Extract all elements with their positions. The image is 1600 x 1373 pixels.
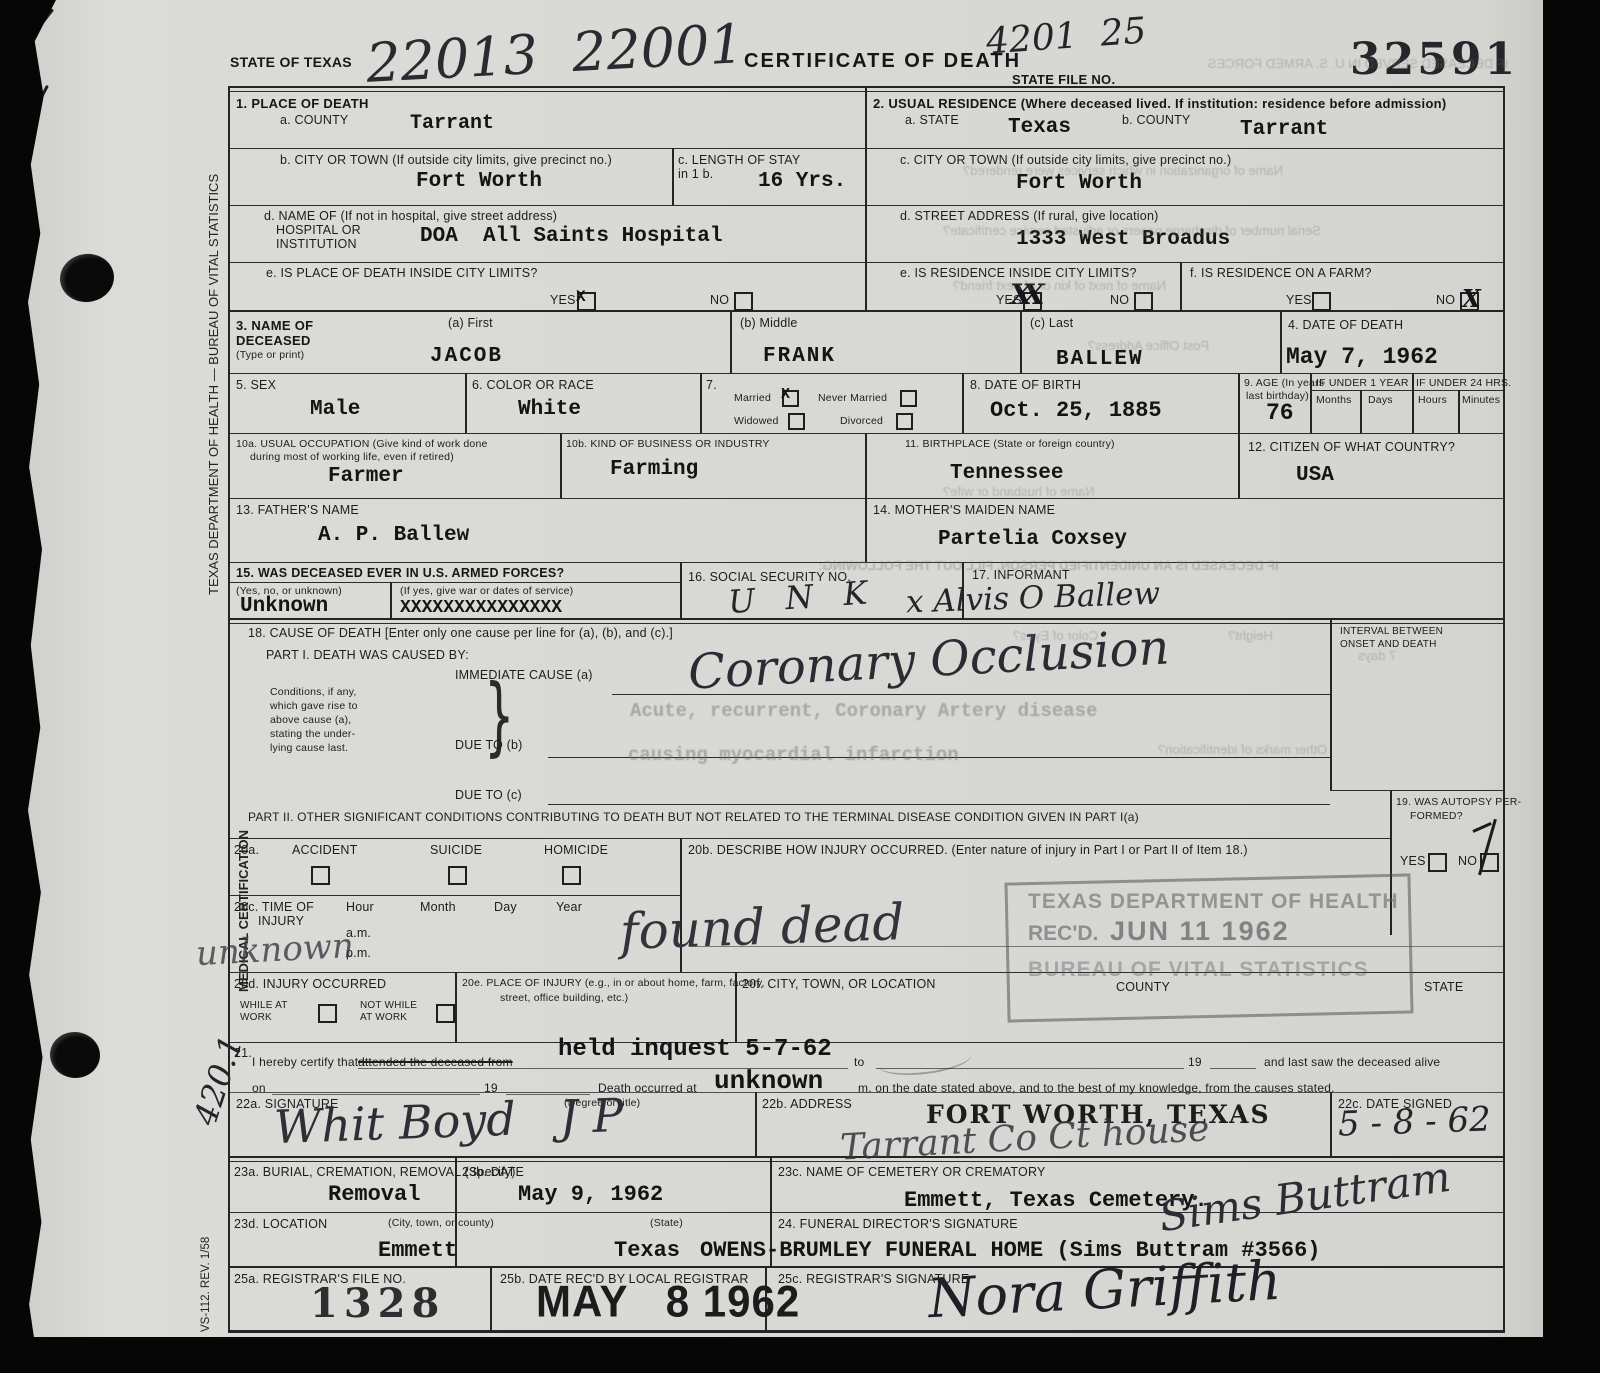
form-line [228,1330,1505,1333]
divorced-label: Divorced [840,415,883,427]
county-label: a. COUNTY [280,113,348,127]
length-of-stay-label2: in 1 b. [678,167,713,181]
if-under-1-year-label: IF UNDER 1 YEAR [1316,377,1409,389]
residence-farm-label: f. IS RESIDENCE ON A FARM? [1190,266,1372,280]
form-line [865,205,1505,206]
checkbox-x-mark: X [781,386,790,403]
form-line [228,582,680,583]
accident-checkbox [311,866,330,885]
received-stamp-date: JUN 11 1962 [1110,916,1290,947]
conditions-note-1: Conditions, if any, [270,686,356,698]
citizen-label: 12. CITIZEN OF WHAT COUNTRY? [1248,440,1455,454]
causes-stated-text: m. on the date stated above, and to the … [858,1081,1335,1095]
checkbox-x-mark: X [576,288,586,306]
form-line [1238,433,1240,498]
funeral-director-label: 24. FUNERAL DIRECTOR'S SIGNATURE [778,1217,1018,1231]
part2-label: PART II. OTHER SIGNIFICANT CONDITIONS CO… [248,810,1139,824]
conditions-note-4: stating the under- [270,728,355,740]
form-line [228,262,865,263]
bleedthrough-fragment: Post Office Address? [1088,338,1209,353]
date-of-birth-value: Oct. 25, 1885 [990,398,1162,423]
homicide-label: HOMICIDE [544,843,608,857]
item-20a-label: 20a. [234,843,259,857]
no-label: NO [1436,293,1455,307]
sex-label: 5. SEX [236,378,276,392]
last-saw-alive-text: and last saw the deceased alive [1264,1055,1440,1069]
injury-occurred-label: 20d. INJURY OCCURRED [234,977,386,991]
time-of-injury-label1: 20c. TIME OF [234,900,314,914]
widowed-label: Widowed [734,415,779,427]
bleedthrough-fragment: IF DECEASED SERVED IN U. S. ARMED FORCES [1208,56,1508,71]
certify-text-1: I hereby certify that I [252,1055,365,1069]
form-line [228,205,865,206]
month-label: Month [420,900,456,914]
form-line [228,148,865,149]
form-line [228,373,1505,374]
middle-name-label: (b) Middle [740,316,798,330]
unknown-typed: unknown [714,1066,823,1096]
location-sub-label: (City, town, or county) [388,1217,494,1229]
bleedthrough-fragment: 7 days [1358,648,1396,663]
day-label: Day [494,900,517,914]
father-name-value: A. P. Ballew [318,524,469,547]
form-line [1458,390,1460,433]
place-of-injury-label: 20e. PLACE OF INJURY (e.g., in or about … [462,977,765,989]
hospital-label: d. NAME OF (If not in hospital, give str… [264,209,557,223]
usual-residence-title: 2. USUAL RESIDENCE (Where deceased lived… [873,96,1447,111]
autopsy-yes-checkbox [1428,853,1447,872]
birthplace-value: Tennessee [950,462,1063,485]
to-label: to [854,1055,864,1069]
yes-label: YES [1286,293,1312,307]
bleedthrough-cause-line2: causing myocardial infarction [628,744,959,766]
citizen-value: USA [1296,464,1334,487]
struck-attended-text: attended the deceased from [358,1055,513,1069]
describe-injury-label: 20b. DESCRIBE HOW INJURY OCCURRED. (Ente… [688,843,1248,857]
residence-state-label: a. STATE [905,113,959,127]
item-21-label: 21. [234,1046,252,1060]
conditions-note-3: above cause (a), [270,714,351,726]
occupation-label2: during most of working life, even if ret… [250,451,454,463]
while-at-work-checkbox [318,1004,337,1023]
form-line [1412,373,1414,433]
conditions-note-5: lying cause last. [270,742,348,754]
occupation-label: 10a. USUAL OCCUPATION (Give kind of work… [236,438,488,450]
hour-label: Hour [346,900,374,914]
held-inquest-typed: held inquest 5-7-62 [558,1036,832,1063]
page-title: CERTIFICATE OF DEATH [744,50,1021,73]
form-line [560,433,562,498]
heavy-x-mark: X [1462,284,1481,313]
armed-forces-label: 15. WAS DECEASED EVER IN U.S. ARMED FORC… [236,566,564,580]
form-line [1330,1092,1332,1158]
blank-rule [1210,1068,1256,1069]
days-label: Days [1368,394,1393,406]
received-stamp-recd: REC'D. [1028,922,1098,946]
form-line [865,148,1505,149]
cemetery-label: 23c. NAME OF CEMETERY OR CREMATORY [778,1165,1046,1179]
date-received-stamp: MAY 8 1962 [536,1277,800,1327]
location-value: Emmett [378,1238,457,1263]
form-line [228,618,1505,620]
form-line [865,498,867,562]
immediate-cause-label: IMMEDIATE CAUSE (a) [455,668,593,682]
age-value: 76 [1266,400,1294,426]
while-at-work-label: WHILE AT [240,1000,288,1011]
form-line [755,1092,757,1158]
not-while-at-work-label: NOT WHILE [360,1000,417,1011]
form-border-left [228,86,230,1333]
divorced-checkbox [896,413,913,430]
city-label: b. CITY OR TOWN (If outside city limits,… [280,153,612,167]
marital-item-label: 7. [706,378,717,392]
form-line [1330,790,1505,791]
form-line [1330,620,1332,790]
widowed-checkbox [788,413,805,430]
bleedthrough-fragment: Name of organization in which services w… [963,163,1283,178]
birthplace-label: 11. BIRTHPLACE (State or foreign country… [905,438,1115,450]
form-line [700,373,702,433]
funeral-director-signature: Sims Buttram [1156,1152,1454,1241]
while-at-work-label2: WORK [240,1012,272,1023]
registrar-file-no-stamp: 1328 [310,1280,445,1327]
middle-name-value: FRANK [763,345,836,368]
type-or-print-label: (Type or print) [236,349,304,361]
last-name-label: (c) Last [1030,316,1073,330]
armed-forces-sub2: (If yes, give war or dates of service) [400,585,573,597]
form-line [1280,310,1282,373]
married-label: Married [734,392,771,404]
nineteen-label: 19 [1188,1055,1202,1069]
homicide-checkbox [562,866,581,885]
residence-state-value: Texas [1008,116,1071,139]
accident-label: ACCIDENT [292,843,358,857]
certifier-signature: Whit Boyd J P [273,1088,624,1154]
race-label: 6. COLOR OR RACE [472,378,594,392]
form-line [730,310,732,373]
bleedthrough-fragment: Name of husband or wife? [943,484,1095,499]
date-of-death-value: May 7, 1962 [1286,344,1438,370]
minutes-label: Minutes [1462,394,1500,406]
form-code-vertical-label: VS-112. REV. 1/58 [200,1154,212,1332]
autopsy-label1: 19. WAS AUTOPSY PER- [1396,796,1521,808]
bleedthrough-fragment: IF DECEASED IS AN UNIDENTIFIED PERSON, F… [818,558,1279,573]
form-line [672,148,674,205]
dept-vertical-label: TEXAS DEPARTMENT OF HEALTH — BUREAU OF V… [206,83,221,595]
found-dead-handwritten: found dead [619,893,905,961]
form-line [228,895,680,896]
form-line [390,582,392,620]
form-line [228,1042,1505,1043]
informant-signature: x Alvis O Ballew [905,576,1160,621]
cause-of-death-label: 18. CAUSE OF DEATH [Enter only one cause… [248,626,673,640]
form-border-right [1503,86,1505,1333]
form-line [228,838,1390,839]
form-line [1238,373,1240,433]
suicide-checkbox [448,866,467,885]
hospital-value: DOA All Saints Hospital [420,225,722,248]
place-of-death-title: 1. PLACE OF DEATH [236,96,369,111]
place-of-injury-label2: street, office building, etc.) [500,992,628,1004]
yes-label: YES [1400,854,1426,868]
burial-removal-value: Removal [328,1182,420,1207]
form-line [490,1266,492,1330]
hospital-label3: INSTITUTION [276,237,357,251]
burial-date-label: 23b. DATE [462,1165,524,1179]
bleedthrough-fragment: Serial number of discharge papers or adj… [943,223,1321,238]
city-town-location-label: 20f. CITY, TOWN, OR LOCATION [742,977,936,991]
form-line [455,972,457,1042]
city-value: Fort Worth [416,170,542,193]
county-col-label: COUNTY [1116,980,1170,994]
interval-label1: INTERVAL BETWEEN [1340,626,1443,637]
form-line [1020,310,1022,373]
bleedthrough-fragment: Color of Eyes? [1013,628,1098,643]
date-signed-handwritten: 5 - 8 - 62 [1337,1099,1491,1144]
name-of-deceased-label: 3. NAME OF [236,318,313,333]
form-line [1180,262,1182,310]
bleedthrough-fragment: Height? [1228,628,1273,643]
bleedthrough-fragment: Other marks of identification? [1158,742,1327,757]
name-of-deceased-label2: DECEASED [236,333,311,348]
never-married-checkbox [900,390,917,407]
no-label: NO [710,293,729,307]
form-line [1310,390,1505,391]
time-of-injury-label2: INJURY [258,914,304,928]
due-to-b-label: DUE TO (b) [455,738,523,752]
if-under-24-hrs-label: IF UNDER 24 HRS. [1416,377,1511,389]
yes-label: YES [550,293,576,307]
year-label: Year [556,900,582,914]
first-name-label: (a) First [448,316,493,330]
received-stamp-line1: TEXAS DEPARTMENT OF HEALTH [1028,890,1399,914]
not-while-at-work-label2: AT WORK [360,1012,407,1023]
state-col-label: STATE [1424,980,1463,994]
occupation-value: Farmer [328,465,404,488]
mother-name-label: 14. MOTHER'S MAIDEN NAME [873,503,1055,517]
suicide-label: SUICIDE [430,843,482,857]
length-of-stay-label: c. LENGTH OF STAY [678,153,800,167]
time-of-injury-handwritten: unknown [195,926,355,974]
residence-farm-yes-checkbox [1312,292,1331,311]
handwritten-state-file-no: 4201 25 [985,10,1148,62]
conditions-note-2: which gave rise to [270,700,358,712]
form-line [228,1266,1505,1268]
hospital-label2: HOSPITAL OR [276,223,361,237]
mother-name-value: Partelia Coxsey [938,528,1127,551]
form-line [865,433,867,498]
first-name-value: JACOB [430,345,503,368]
residence-county-value: Tarrant [1240,118,1328,141]
form-line [865,262,1505,263]
industry-value: Farming [610,458,698,481]
not-while-at-work-checkbox [436,1004,455,1023]
never-married-label: Never Married [818,392,887,404]
handwritten-file-numbers: 22013 22001 [365,12,746,95]
form-line [865,88,867,310]
hours-label: Hours [1418,394,1447,406]
form-line [465,373,467,433]
form-line [680,562,682,620]
age-label: 9. AGE (In years [1244,377,1324,389]
location-label: 23d. LOCATION [234,1217,327,1231]
bleedthrough-fragment: Name of next of kin or of next friend? [953,278,1166,293]
scanned-certificate-paper: STATE OF TEXAS 22013 22001 CERTIFICATE O… [28,0,1543,1337]
length-of-stay-value: 16 Yrs. [758,170,846,193]
death-city-limits-label: e. IS PLACE OF DEATH INSIDE CITY LIMITS? [266,266,538,280]
due-to-c-label: DUE TO (c) [455,788,522,802]
on-label: on [252,1081,266,1095]
autopsy-label2: FORMED? [1410,810,1463,822]
residence-city-limits-no-checkbox [1134,292,1153,311]
part1-label: PART I. DEATH WAS CAUSED BY: [266,648,469,662]
state-file-no-label: STATE FILE NO. [1012,72,1115,87]
residence-county-label: b. COUNTY [1122,113,1190,127]
father-name-label: 13. FATHER'S NAME [236,503,359,517]
form-line [1360,390,1362,433]
address-label: 22b. ADDRESS [762,1097,852,1111]
armed-forces-value: Unknown [240,595,328,618]
bleedthrough-cause-line1: Acute, recurrent, Coronary Artery diseas… [630,700,1097,722]
sex-value: Male [310,398,360,421]
state-of-texas-label: STATE OF TEXAS [230,54,352,70]
street-address-label: d. STREET ADDRESS (If rural, give locati… [900,209,1158,223]
months-label: Months [1316,394,1352,406]
form-line [228,623,1505,624]
death-city-limits-no-checkbox [734,292,753,311]
no-label: NO [1110,293,1129,307]
address-handwritten: Tarrant Co Ct house [839,1108,1210,1168]
county-value: Tarrant [410,112,494,135]
state-sub-label: (State) [650,1217,683,1229]
received-stamp-line3: BUREAU OF VITAL STATISTICS [1028,958,1369,982]
due-c-rule [548,804,1330,805]
location-state-value: Texas [614,1238,680,1263]
armed-forces-xs: XXXXXXXXXXXXXXX [400,598,562,618]
industry-label: 10b. KIND OF BUSINESS OR INDUSTRY [566,438,770,450]
form-line [962,373,964,433]
autopsy-no-pen-mark [1472,822,1491,832]
burial-date-value: May 9, 1962 [518,1182,663,1207]
race-value: White [518,398,581,421]
no-label: NO [1458,854,1477,868]
faint-pen-scribble [877,1040,974,1079]
date-of-birth-label: 8. DATE OF BIRTH [970,378,1081,392]
date-of-death-label: 4. DATE OF DEATH [1288,318,1403,332]
